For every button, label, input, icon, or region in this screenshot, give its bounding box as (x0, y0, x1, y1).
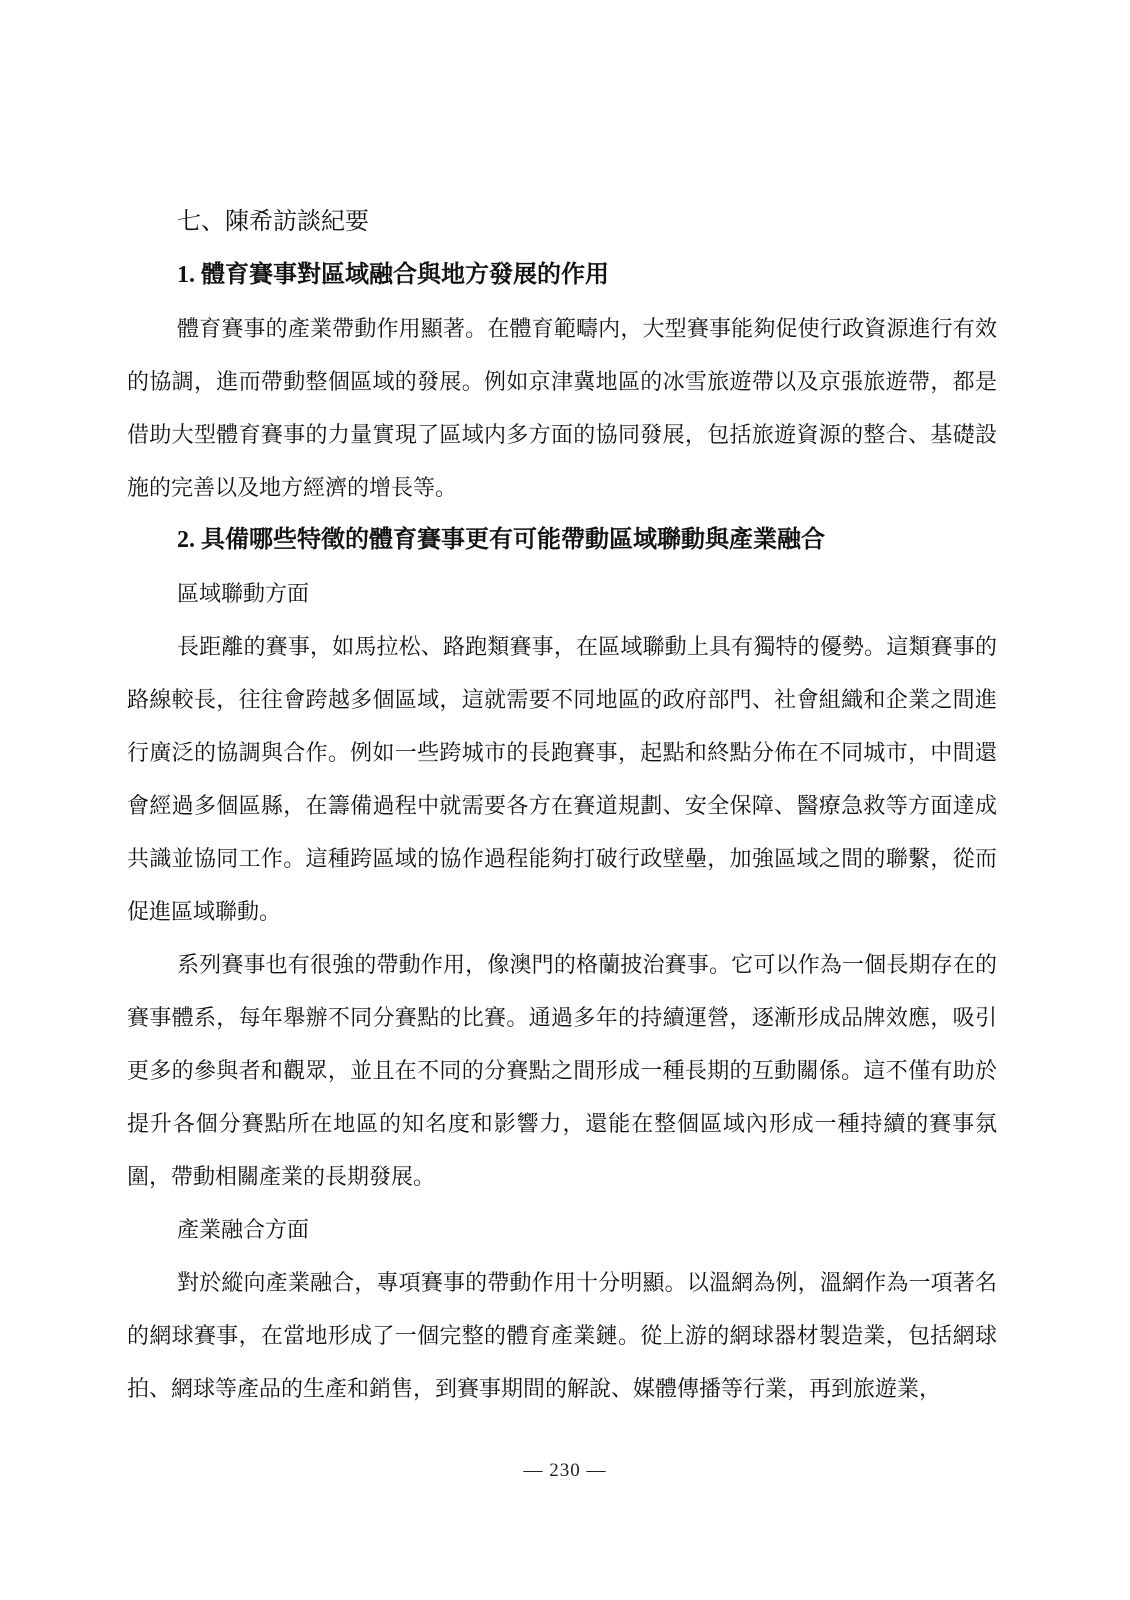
document-page: 七、陳希訪談紀要 1. 體育賽事對區域融合與地方發展的作用 體育賽事的產業帶動作… (0, 0, 1130, 1600)
document-body: 七、陳希訪談紀要 1. 體育賽事對區域融合與地方發展的作用 體育賽事的產業帶動作… (127, 196, 997, 1415)
paragraph-industry-effect: 體育賽事的產業帶動作用顯著。在體育範疇内，大型賽事能夠促使行政資源進行有效的協調… (127, 302, 997, 514)
page-number: — 230 — (0, 1460, 1130, 1482)
chapter-heading: 七、陳希訪談紀要 (127, 196, 997, 249)
section-1-heading: 1. 體育賽事對區域融合與地方發展的作用 (127, 249, 997, 302)
paragraph-long-distance-events: 長距離的賽事，如馬拉松、路跑類賽事，在區域聯動上具有獨特的優勢。這類賽事的路線較… (127, 620, 997, 938)
subheading-industry-integration: 產業融合方面 (127, 1203, 997, 1256)
paragraph-vertical-integration: 對於縱向產業融合，專項賽事的帶動作用十分明顯。以溫網為例，溫網作為一項著名的網球… (127, 1256, 997, 1415)
section-2-heading: 2. 具備哪些特徵的體育賽事更有可能帶動區域聯動與產業融合 (127, 514, 997, 567)
subheading-regional-linkage: 區域聯動方面 (127, 567, 997, 620)
paragraph-series-events: 系列賽事也有很強的帶動作用，像澳門的格蘭披治賽事。它可以作為一個長期存在的賽事體… (127, 938, 997, 1203)
